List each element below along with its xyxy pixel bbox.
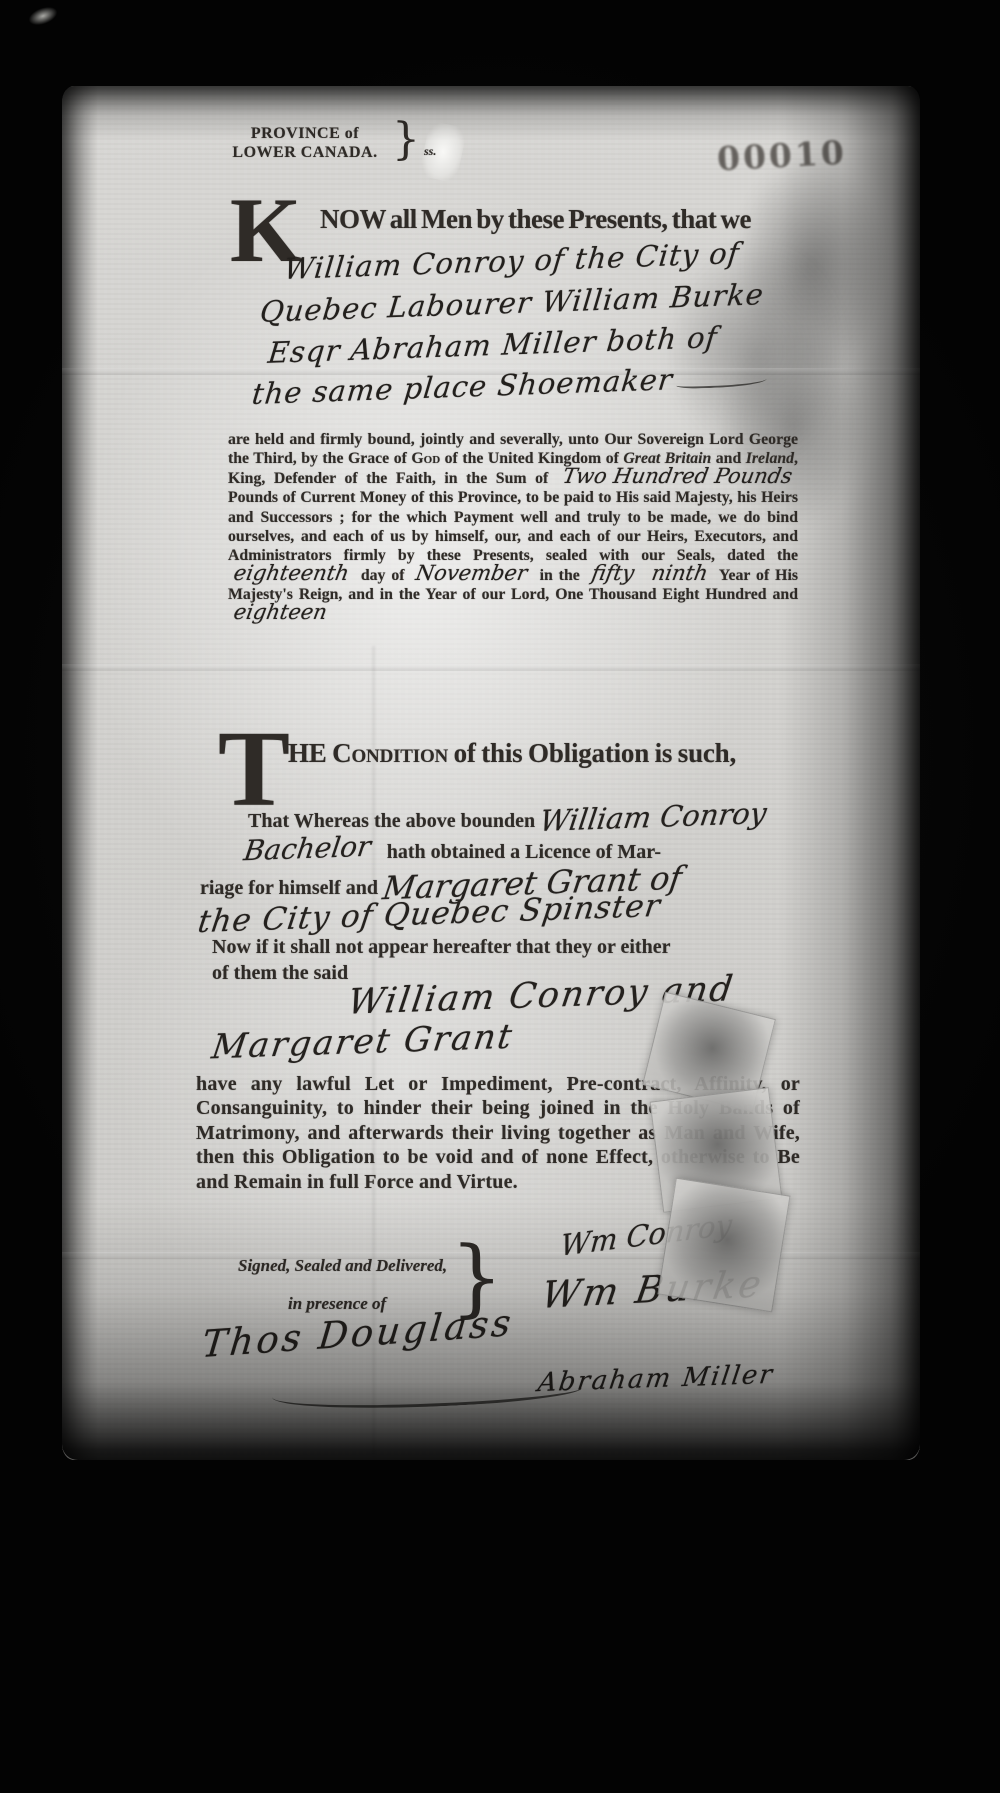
condition-heading-condition: Condition — [332, 738, 448, 768]
condition-line-8: Margaret Grant — [212, 1022, 513, 1062]
province-line2: LOWER CANADA. — [220, 143, 390, 162]
opening-heading: NOW all Men by these Presents, that we — [320, 204, 850, 235]
condition-heading: HE Condition of this Obligation is such, — [288, 738, 848, 769]
handwritten-groom-status: Bachelor — [242, 830, 373, 868]
condition-line-5: Now if it shall not appear hereafter tha… — [212, 936, 670, 959]
bond-clause-paragraph: are held and firmly bound, jointly and s… — [228, 430, 798, 624]
scan-background: PROVINCE of LOWER CANADA. } ss. 00010 K … — [0, 0, 1000, 1793]
bond-text-money: Pounds of Current Money of this Province… — [228, 489, 798, 564]
condition-line-2: Bachelorhath obtained a Licence of Mar- — [244, 832, 661, 865]
condition-line-1: That Whereas the above bounden William C… — [248, 800, 767, 834]
condition-heading-he: HE — [288, 738, 332, 768]
condition-heading-rest: of this Obligation is such, — [448, 738, 736, 768]
condition-line-6: of them the said — [212, 962, 348, 985]
paper-shade-bottom — [62, 1200, 920, 1460]
condition-line2-print: hath obtained a Licence of Mar- — [387, 841, 661, 863]
scan-artifact-speck — [26, 3, 60, 28]
bond-text-god: God — [411, 450, 440, 467]
condition-line6-print: of them the said — [212, 962, 348, 984]
condition-line5-print: Now if it shall not appear hereafter tha… — [212, 936, 670, 958]
document-page: PROVINCE of LOWER CANADA. } ss. 00010 K … — [62, 86, 920, 1460]
scilicet-abbrev: ss. — [424, 144, 436, 159]
handwritten-bride-residence: the City of Quebec Spinster — [196, 888, 664, 940]
handwritten-bride-name-repeat: Margaret Grant — [209, 1017, 516, 1068]
bond-text-in-the: in the — [534, 567, 586, 584]
condition-line-4: the City of Quebec Spinster — [198, 896, 661, 932]
bond-text-day-of: day of — [355, 567, 411, 584]
condition-line1-print: That Whereas the above bounden — [248, 810, 540, 832]
